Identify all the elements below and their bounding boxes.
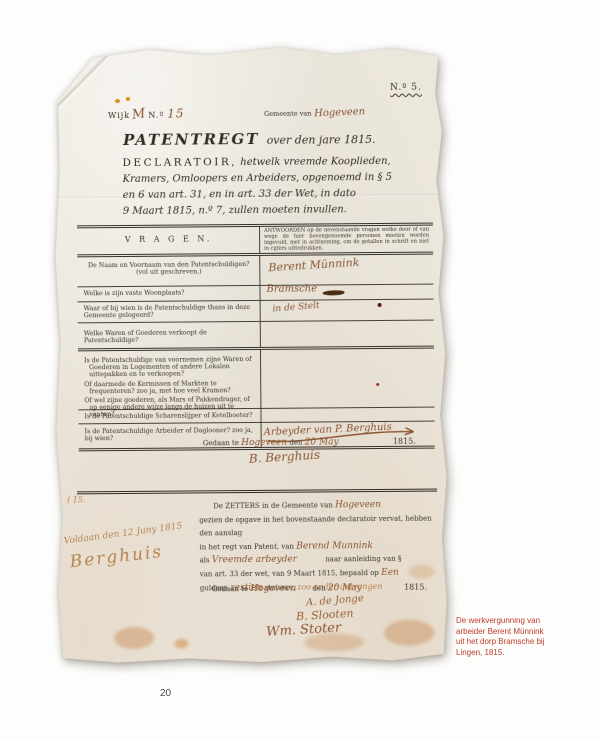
zetter-signature: A. de Jonge bbox=[306, 593, 365, 608]
answer-cell bbox=[261, 321, 434, 347]
gedaan-line-1: Gedaan te Hogeveen den 20 May 1815. bbox=[203, 437, 416, 449]
no-small-label: N.º bbox=[148, 111, 164, 120]
zetters-guldens-handwritten: Een bbox=[381, 567, 399, 577]
question-text: Welke Waren of Goederen verkoopt de Pate… bbox=[84, 329, 207, 344]
declaratoir-line3: en 6 van art. 31, en in art. 33 der Wet,… bbox=[123, 188, 356, 201]
question-note: (vol uit geschreven.) bbox=[136, 269, 202, 277]
zetters-role-handwritten: Vreemde arbeyder bbox=[212, 555, 297, 566]
rust-stain bbox=[174, 639, 188, 649]
vragen-header: V R A G E N. bbox=[77, 227, 260, 254]
answer-handwritten: Bramsche bbox=[266, 285, 317, 293]
table-header-row: V R A G E N. ANTWOORDEN op de nevenstaan… bbox=[77, 226, 433, 255]
table-row: Is de Patentschuldige Scharenslijper of … bbox=[78, 407, 434, 424]
corner-fold-crease bbox=[52, 55, 114, 107]
answer-handwritten: Berent Münnink bbox=[268, 259, 359, 272]
question-text: Welke is zijn vaste Woonplaats? bbox=[83, 290, 184, 298]
gedaan-place-handwritten: Hogeveen bbox=[250, 584, 296, 594]
gedaan-place-handwritten: Hogeveen bbox=[241, 438, 287, 448]
declaratoir-line2: Kramers, Omloopers en Arbeiders, opgenoe… bbox=[123, 172, 392, 185]
question-cell: De Naam en Voornaam van den Patentschuld… bbox=[77, 256, 260, 286]
title-rest: over den jare 1815. bbox=[267, 133, 376, 147]
margin-signature-handwritten: Berghuis bbox=[69, 542, 164, 572]
answer-cell: Bramsche bbox=[260, 285, 433, 300]
question-cell: Is de Patentschuldige van voornemen zijn… bbox=[78, 350, 261, 409]
signature-berghuis: B. Berghuis bbox=[248, 448, 320, 466]
answer-cell: Berent Münnink bbox=[260, 255, 433, 285]
declaratoir-line4: 9 Maart 1815, n.º 7, zullen moeten invul… bbox=[123, 204, 347, 217]
wijk-flourish: M bbox=[131, 106, 147, 123]
question-cell: Is de Patentschuldige Scharenslijper of … bbox=[78, 409, 261, 423]
document-number: N.º 5. bbox=[390, 83, 422, 93]
wijk-label: Wijk bbox=[108, 111, 130, 120]
table-row: Welke is zijn vaste Woonplaats? Bramsche bbox=[77, 284, 433, 302]
section-divider-rule bbox=[77, 489, 437, 495]
zetters-paragraph: De ZETTERS in de Gemeente van Hogeveen g… bbox=[199, 499, 438, 596]
gedaan-year: 1815. bbox=[393, 437, 416, 446]
antwoorden-header: ANTWOORDEN op de nevenstaande vragen wel… bbox=[260, 226, 433, 253]
declaratoir-line1: hetwelk vreemde Kooplieden, bbox=[240, 156, 391, 168]
question-text: Is de Patentschuldige van voornemen zijn… bbox=[84, 356, 255, 379]
wijk-number-handwritten: 15 bbox=[167, 107, 184, 121]
table-row: Welke Waren of Goederen verkoopt de Pate… bbox=[78, 320, 434, 349]
ink-dot bbox=[115, 99, 120, 103]
page-number: 20 bbox=[160, 688, 171, 699]
title-main: PATENTREGT bbox=[123, 130, 259, 149]
zetters-line5: van art. 33 der wet, van 9 Maart 1815, b… bbox=[200, 569, 379, 578]
declaratoir-word: DECLARATOIR, bbox=[122, 156, 237, 169]
scanned-document: N.º 5. WijkMN.º15 Gemeente vanHogeveen P… bbox=[50, 44, 453, 665]
photo-caption: De werkvergunning van arbeider Berent Mü… bbox=[456, 616, 548, 658]
gemeente-line: Gemeente vanHogeveen bbox=[264, 107, 365, 119]
gemeente-label: Gemeente van bbox=[264, 110, 311, 118]
declaratoir-paragraph: DECLARATOIR, hetwelk vreemde Kooplieden,… bbox=[122, 153, 411, 220]
margin-note-handwritten: Voldaan den 12 Juny 1815 bbox=[63, 521, 183, 546]
margin-mark-handwritten: ( 15. bbox=[67, 495, 85, 504]
document-paper: N.º 5. WijkMN.º15 Gemeente vanHogeveen P… bbox=[50, 44, 453, 665]
book-page: N.º 5. WijkMN.º15 Gemeente vanHogeveen P… bbox=[0, 0, 600, 739]
gemeente-handwritten: Hogeveen bbox=[314, 106, 365, 119]
zetters-line4-suffix: naar aanleiding van § bbox=[325, 555, 401, 564]
answer-cell bbox=[261, 408, 434, 422]
table-row: Is de Patentschuldige van voornemen zijn… bbox=[78, 346, 434, 410]
rust-stain bbox=[384, 620, 434, 646]
question-text: Of daarmede de Kermissen of Markten te f… bbox=[84, 380, 255, 396]
gedaan-label: Gedaan te bbox=[212, 585, 248, 593]
rust-stain bbox=[114, 627, 154, 649]
question-text: Waar of bij wien is de Patentschuldige t… bbox=[84, 304, 251, 320]
zetters-line2: gezien de opgave in het bovenstaande dec… bbox=[199, 514, 431, 537]
question-text: Is de Patentschuldige Scharenslijper of … bbox=[84, 412, 252, 420]
gedaan-year: 1815. bbox=[404, 583, 427, 592]
zetters-line1: De ZETTERS in de Gemeente van bbox=[213, 501, 333, 510]
zetters-gemeente-handwritten: Hogeveen bbox=[335, 500, 381, 510]
zetters-line3: in het regt van Patent, van bbox=[199, 542, 294, 551]
question-cell: Waar of bij wien is de Patentschuldige t… bbox=[78, 301, 261, 322]
question-cell: Welke Waren of Goederen verkoopt de Pate… bbox=[78, 322, 261, 348]
answer-handwritten: in de Stelt bbox=[272, 303, 320, 314]
ink-blot bbox=[322, 290, 344, 295]
gedaan-date-handwritten: 20 May bbox=[328, 583, 362, 593]
wijk-line: WijkMN.º15 bbox=[108, 107, 184, 123]
zetters-line4-prefix: als bbox=[200, 556, 210, 564]
gedaan-label: Gedaan te bbox=[203, 439, 239, 447]
answer-cell: in de Stelt bbox=[261, 300, 434, 321]
gedaan-date-handwritten: 20 May bbox=[305, 437, 339, 447]
gedaan-den-label: den bbox=[289, 439, 302, 447]
table-row: Waar of bij wien is de Patentschuldige t… bbox=[78, 299, 434, 323]
table-row: De Naam en Voornaam van den Patentschuld… bbox=[77, 252, 433, 287]
question-cell: Welke is zijn vaste Woonplaats? bbox=[77, 286, 260, 301]
zetters-name-handwritten: Berend Munnink bbox=[296, 541, 373, 552]
questions-table: V R A G E N. ANTWOORDEN op de nevenstaan… bbox=[77, 223, 435, 452]
answer-cell bbox=[261, 349, 434, 408]
ink-dot bbox=[126, 97, 130, 101]
gedaan-den-label: den bbox=[312, 584, 325, 592]
gedaan-line-2: Gedaan te Hogeveen den 20 May 1815. bbox=[212, 583, 427, 595]
document-title: PATENTREGT over den jare 1815. bbox=[50, 128, 448, 149]
